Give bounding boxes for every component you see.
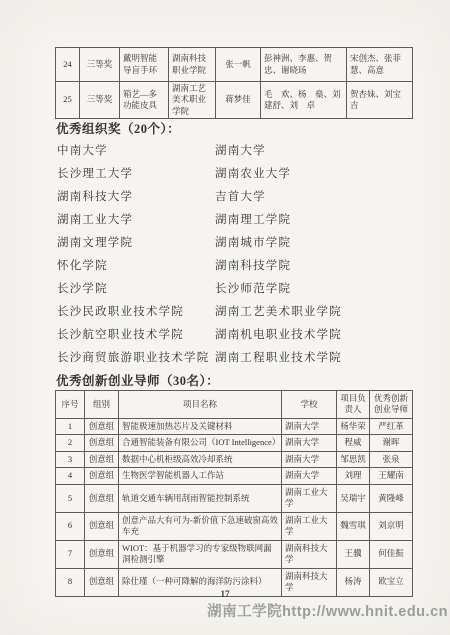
- list-item: 长沙商贸旅游职业技术学院 湖南工程职业技术学院: [57, 345, 387, 368]
- cell-project: WIOT：基于机器学习的专家级物联网漏洞检测引擎: [119, 540, 282, 568]
- cell-no: 5: [56, 484, 85, 512]
- list-item: 中南大学 湖南大学: [57, 138, 387, 161]
- mentor-table: 序号 组别 项目名称 学校 项目负责人 优秀创新创业导师 1 创意组 智能极速加…: [55, 390, 413, 597]
- cell-project: 生物医学智能机器人工作站: [119, 468, 282, 484]
- cell-group: 创意组: [85, 468, 119, 484]
- org-name: 湖南农业大学: [215, 165, 291, 181]
- org-name: 长沙商贸旅游职业技术学院: [57, 349, 215, 365]
- cell-leader: 吴瑞宇: [337, 484, 370, 512]
- col-header-group: 组别: [85, 391, 119, 419]
- cell-leader: 邹思凯: [337, 451, 370, 467]
- cell-mentor: 刘京明: [370, 512, 413, 540]
- section-title-org-awards: 优秀组织奖（20个）：: [56, 119, 180, 137]
- cell-school: 湖南科技职业学院: [169, 48, 216, 82]
- table-header-row: 序号 组别 项目名称 学校 项目负责人 优秀创新创业导师: [56, 391, 413, 419]
- cell-group: 创意组: [85, 512, 119, 540]
- cell-advisors: 贺杏妹、刘宝吉: [347, 82, 413, 119]
- cell-leader: 王骥: [337, 540, 370, 568]
- table-row: 1 创意组 智能极速加热芯片及关键材料 湖南大学 杨华荣 严红革: [56, 418, 413, 434]
- cell-group: 创意组: [85, 451, 119, 467]
- cell-mentor: 张泉: [370, 451, 413, 467]
- org-name: 湖南理工学院: [215, 211, 291, 227]
- cell-project: 合通智能装备有限公司（IOT Intelligence）: [119, 435, 282, 451]
- col-header-project: 项目名称: [119, 391, 282, 419]
- cell-project: 智能极速加热芯片及关键材料: [119, 418, 282, 434]
- cell-leader: 杨华荣: [337, 418, 370, 434]
- cell-leader: 蒋梦佳: [216, 82, 261, 119]
- cell-leader: 程威: [337, 435, 370, 451]
- cell-no: 6: [56, 512, 85, 540]
- org-award-list: 中南大学 湖南大学 长沙理工大学 湖南农业大学 湖南科技大学 吉首大学 湖南工业…: [57, 138, 387, 368]
- org-name: 湖南科技学院: [215, 257, 291, 273]
- list-item: 长沙学院 长沙师范学院: [57, 276, 387, 299]
- table-row: 6 创意组 创意产品大有可为-新价值下急速破窗高效车充 湖南工业大学 魏雪琪 刘…: [56, 512, 413, 540]
- cell-mentor: 谢晖: [370, 435, 413, 451]
- list-item: 长沙理工大学 湖南农业大学: [57, 161, 387, 184]
- cell-project: 轨道交通车辆用刮雨智能控制系统: [119, 484, 282, 512]
- org-name: 中南大学: [57, 142, 215, 158]
- cell-school: 湖南工业大学: [282, 484, 337, 512]
- list-item: 长沙航空职业技术学院 湖南机电职业技术学院: [57, 322, 387, 345]
- cell-mentor: 严红革: [370, 418, 413, 434]
- col-header-mentor: 优秀创新创业导师: [370, 391, 413, 419]
- cell-project: 箱艺—多功能皮具: [120, 82, 169, 119]
- org-name: 湖南科技大学: [57, 188, 215, 204]
- cell-group: 创意组: [85, 484, 119, 512]
- cell-school: 湖南大学: [282, 468, 337, 484]
- cell-advisors: 宋创杰、张菲慧、高意: [347, 48, 413, 82]
- table-row: 25 三等奖 箱艺—多功能皮具 湖南工艺美术职业学院 蒋梦佳 毛 欢、杨 燊、刘…: [56, 82, 413, 119]
- cell-school: 湖南工业大学: [282, 512, 337, 540]
- cell-school: 湖南大学: [282, 418, 337, 434]
- org-name: 湖南工业大学: [57, 211, 215, 227]
- table-row: 24 三等奖 戴明智能导盲手环 湖南科技职业学院 张一帆 彭神洲、李惠、贺忠、谢…: [56, 48, 413, 82]
- cell-no: 25: [56, 82, 80, 119]
- cell-no: 4: [56, 468, 85, 484]
- org-name: 湖南工艺美术职业学院: [215, 303, 342, 319]
- cell-members: 彭神洲、李惠、贺忠、谢晓玚: [261, 48, 347, 82]
- table-row: 2 创意组 合通智能装备有限公司（IOT Intelligence） 湖南大学 …: [56, 435, 413, 451]
- org-name: 长沙航空职业技术学院: [57, 326, 215, 342]
- cell-members: 毛 欢、杨 燊、刘建舒、刘 卓: [261, 82, 347, 119]
- org-name: 长沙学院: [57, 280, 215, 296]
- cell-leader: 张一帆: [216, 48, 261, 82]
- table-row: 3 创意组 数据中心机柜级高效冷却系统 湖南大学 邹思凯 张泉: [56, 451, 413, 467]
- section-title-mentors: 优秀创新创业导师（30名）：: [56, 371, 219, 389]
- cell-no: 24: [56, 48, 80, 82]
- cell-no: 1: [56, 418, 85, 434]
- cell-group: 创意组: [85, 435, 119, 451]
- org-name: 湖南城市学院: [215, 234, 291, 250]
- cell-no: 7: [56, 540, 85, 568]
- page-number: 17: [0, 589, 450, 599]
- cell-school: 湖南工艺美术职业学院: [169, 82, 216, 119]
- col-header-leader: 项目负责人: [337, 391, 370, 419]
- table-row: 5 创意组 轨道交通车辆用刮雨智能控制系统 湖南工业大学 吴瑞宇 黄隆峰: [56, 484, 413, 512]
- award-table: 24 三等奖 戴明智能导盲手环 湖南科技职业学院 张一帆 彭神洲、李惠、贺忠、谢…: [55, 47, 413, 119]
- list-item: 湖南文理学院 湖南城市学院: [57, 230, 387, 253]
- table-row: 7 创意组 WIOT：基于机器学习的专家级物联网漏洞检测引擎 湖南科技大学 王骥…: [56, 540, 413, 568]
- col-header-school: 学校: [282, 391, 337, 419]
- org-name: 湖南工程职业技术学院: [215, 349, 342, 365]
- table-row: 4 创意组 生物医学智能机器人工作站 湖南大学 刘理 王耀南: [56, 468, 413, 484]
- col-header-no: 序号: [56, 391, 85, 419]
- cell-school: 湖南科技大学: [282, 540, 337, 568]
- list-item: 湖南工业大学 湖南理工学院: [57, 207, 387, 230]
- cell-mentor: 黄隆峰: [370, 484, 413, 512]
- cell-group: 创意组: [85, 418, 119, 434]
- cell-group: 创意组: [85, 540, 119, 568]
- org-name: 吉首大学: [215, 188, 266, 204]
- org-name: 长沙民政职业技术学院: [57, 303, 215, 319]
- cell-project: 数据中心机柜级高效冷却系统: [119, 451, 282, 467]
- cell-prize: 三等奖: [80, 82, 120, 119]
- cell-mentor: 何佳振: [370, 540, 413, 568]
- org-name: 长沙理工大学: [57, 165, 215, 181]
- document-page: 24 三等奖 戴明智能导盲手环 湖南科技职业学院 张一帆 彭神洲、李惠、贺忠、谢…: [0, 0, 450, 635]
- cell-school: 湖南大学: [282, 435, 337, 451]
- cell-leader: 刘理: [337, 468, 370, 484]
- cell-no: 2: [56, 435, 85, 451]
- org-name: 湖南文理学院: [57, 234, 215, 250]
- cell-project: 戴明智能导盲手环: [120, 48, 169, 82]
- org-name: 长沙师范学院: [215, 280, 291, 296]
- cell-project: 创意产品大有可为-新价值下急速破窗高效车充: [119, 512, 282, 540]
- cell-no: 3: [56, 451, 85, 467]
- cell-mentor: 王耀南: [370, 468, 413, 484]
- org-name: 湖南机电职业技术学院: [215, 326, 342, 342]
- list-item: 湖南科技大学 吉首大学: [57, 184, 387, 207]
- watermark: 湖南工学院http://www.hnit.edu.cn: [207, 600, 448, 621]
- cell-prize: 三等奖: [80, 48, 120, 82]
- org-name: 怀化学院: [57, 257, 215, 273]
- cell-school: 湖南大学: [282, 451, 337, 467]
- list-item: 怀化学院 湖南科技学院: [57, 253, 387, 276]
- cell-leader: 魏雪琪: [337, 512, 370, 540]
- org-name: 湖南大学: [215, 142, 266, 158]
- list-item: 长沙民政职业技术学院 湖南工艺美术职业学院: [57, 299, 387, 322]
